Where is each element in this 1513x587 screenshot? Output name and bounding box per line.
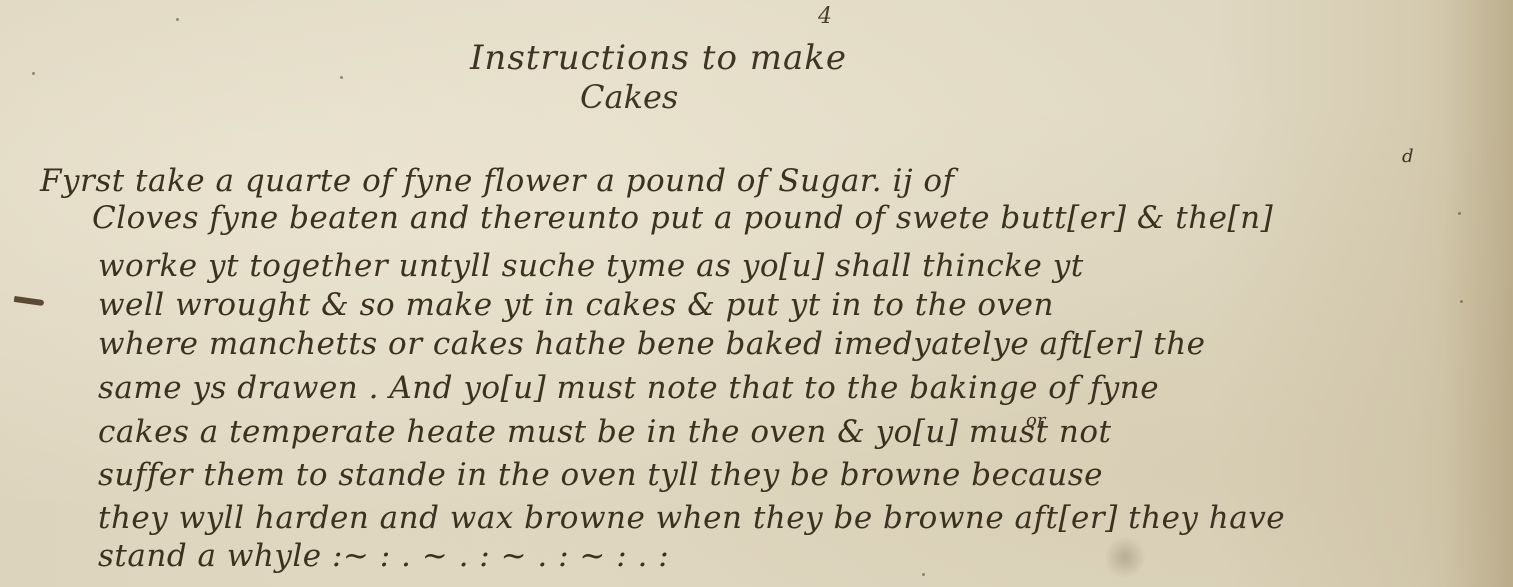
text-line: suffer them to stande in the oven tyll t… — [98, 457, 1103, 493]
paper-speck — [32, 72, 35, 75]
page-edge-shadow — [1443, 0, 1513, 587]
text-line: stand a whyle :~ : . ~ . : ~ . : ~ : . : — [98, 538, 669, 574]
ink-stain — [1105, 535, 1145, 580]
paper-speck — [176, 18, 179, 21]
page-subtitle: Cakes — [580, 78, 678, 116]
text-line: worke yt together untyll suche tyme as y… — [98, 248, 1084, 284]
paper-speck — [1460, 300, 1463, 303]
manuscript-page: 4 Instructions to make Cakes d or Fyrst … — [0, 0, 1513, 587]
text-line: cakes a temperate heate must be in the o… — [98, 414, 1112, 450]
paper-speck — [340, 76, 343, 79]
text-line: same ys drawen . And yo[u] must note tha… — [98, 370, 1159, 406]
text-line: well wrought & so make yt in cakes & put… — [98, 287, 1054, 323]
margin-mark — [14, 296, 45, 306]
text-line: Fyrst take a quarte of fyne flower a pou… — [40, 163, 954, 199]
text-line: they wyll harden and wax browne when the… — [98, 500, 1285, 536]
interlinear-note: d — [1402, 146, 1414, 167]
paper-speck — [922, 573, 925, 576]
page-title: Instructions to make — [470, 38, 847, 78]
paper-speck — [1458, 212, 1461, 215]
text-line: where manchetts or cakes hathe bene bake… — [98, 326, 1206, 362]
text-line: Cloves fyne beaten and thereunto put a p… — [92, 200, 1273, 236]
folio-mark: 4 — [818, 4, 832, 29]
